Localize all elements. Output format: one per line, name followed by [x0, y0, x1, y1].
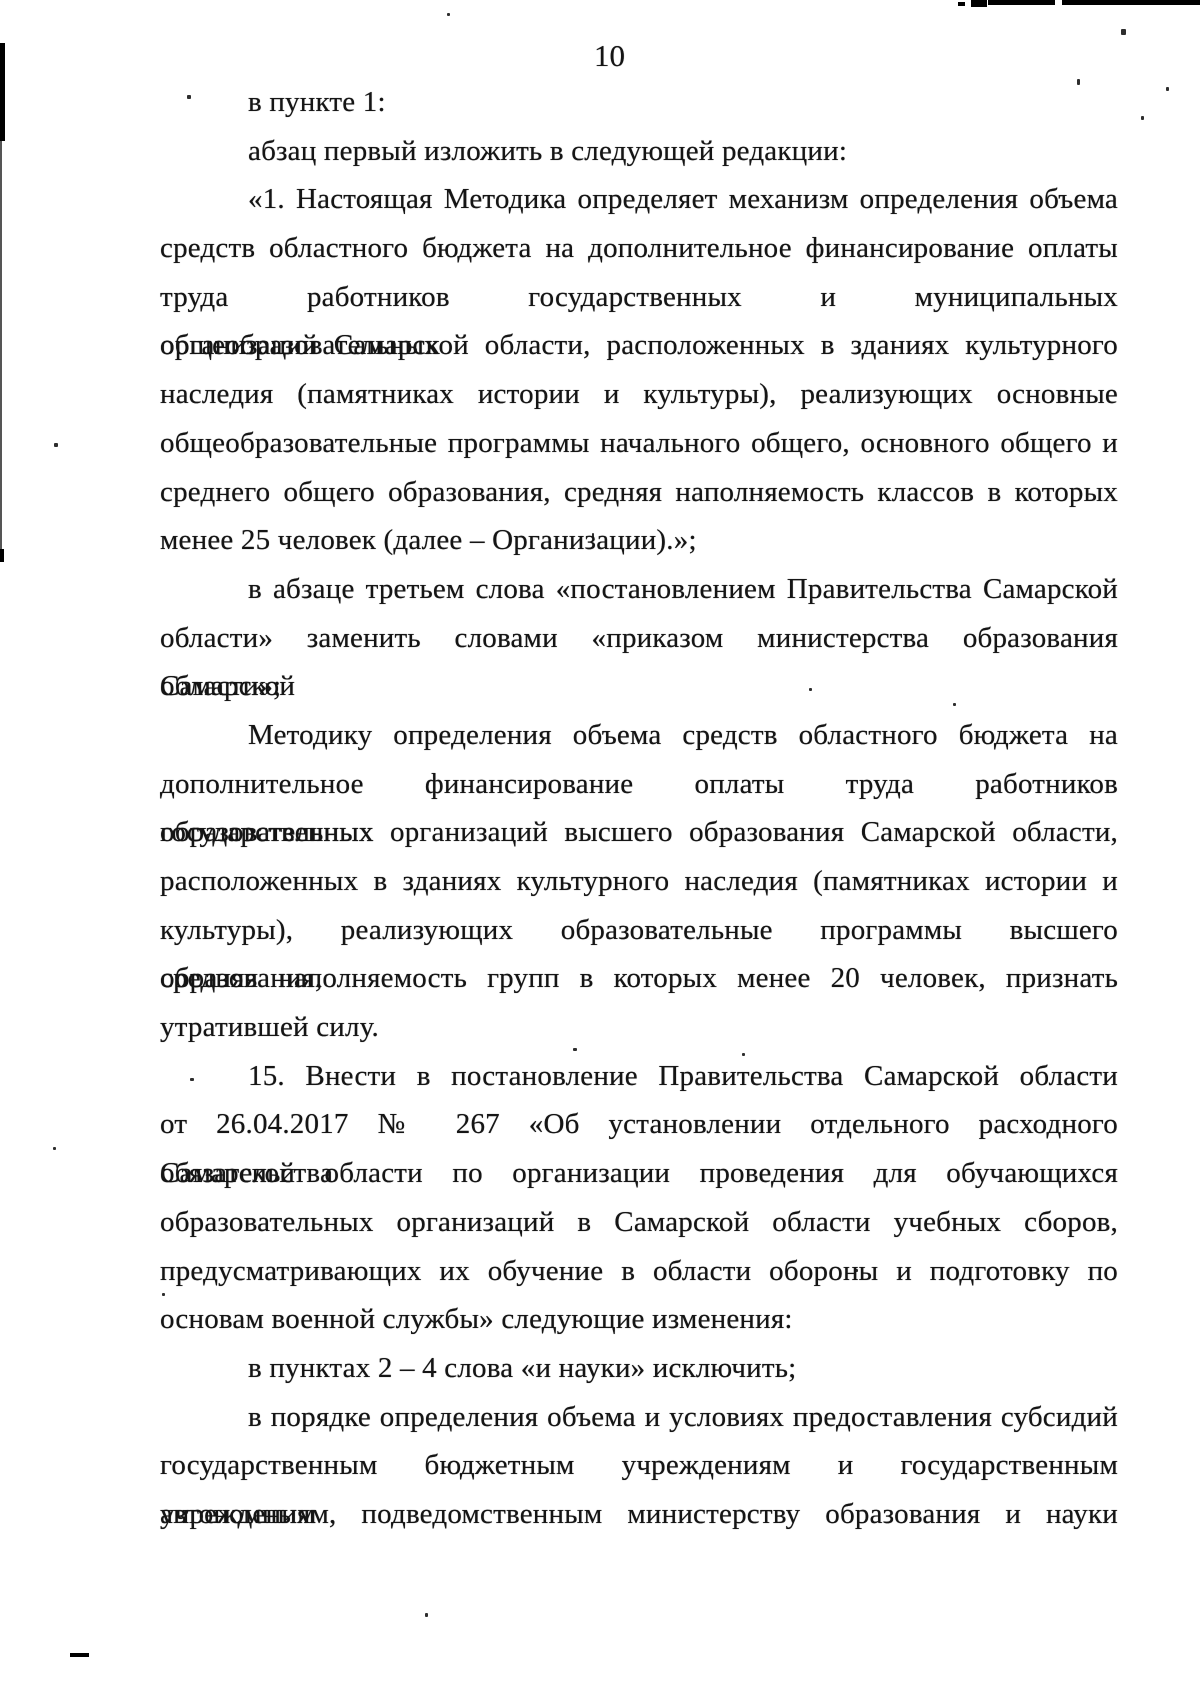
scan-speck	[54, 443, 58, 447]
text-line: государственным бюджетным учреждениям и …	[160, 1441, 1118, 1490]
scan-speck	[425, 1613, 428, 1617]
text-line: образовательных организаций высшего обра…	[160, 808, 1118, 857]
text-line: основам военной службы» следующие измене…	[160, 1295, 1118, 1344]
text-line: расположенных в зданиях культурного насл…	[160, 857, 1118, 906]
text-line: области» заменить словами «приказом мини…	[160, 614, 1118, 663]
text-line: утратившей силу.	[160, 1003, 1118, 1052]
text-line: в порядке определения объема и условиях …	[160, 1393, 1118, 1442]
scan-speck	[1141, 116, 1144, 120]
text-line: предусматривающих их обучение в области …	[160, 1247, 1118, 1296]
text-line: менее 25 человек (далее – Организации).»…	[160, 516, 1118, 565]
scan-artifact-left-line	[0, 141, 2, 557]
text-line: среднего общего образования, средняя нап…	[160, 468, 1118, 517]
text-line: в абзаце третьем слова «постановлением П…	[160, 565, 1118, 614]
text-line: средств областного бюджета на дополнител…	[160, 224, 1118, 273]
text-line: образовательных организаций в Самарской …	[160, 1198, 1118, 1247]
scan-speck	[447, 13, 450, 16]
text-line: «1. Настоящая Методика определяет механи…	[160, 175, 1118, 224]
text-line: общеобразовательные программы начального…	[160, 419, 1118, 468]
text-line: 15. Внести в постановление Правительства…	[160, 1052, 1118, 1101]
scan-speck	[1166, 87, 1169, 91]
text-line: области»;	[160, 662, 1118, 711]
scan-artifact-top-bar-left	[988, 0, 1055, 5]
document-page: 10 в пункте 1:абзац первый изложить в сл…	[0, 0, 1200, 1697]
scan-artifact-top-bar-fragment	[958, 2, 965, 6]
text-line: от 26.04.2017 № 267 «Об установлении отд…	[160, 1100, 1118, 1149]
scan-speck	[53, 1147, 56, 1150]
scan-artifact-left-bar	[0, 43, 5, 141]
text-line: наследия (памятниках истории и культуры)…	[160, 370, 1118, 419]
scan-artifact-bottom-dash	[70, 1653, 89, 1657]
document-text: в пункте 1:абзац первый изложить в следу…	[160, 78, 1118, 1539]
text-line: Самарской области по организации проведе…	[160, 1149, 1118, 1198]
text-line: дополнительное финансирование оплаты тру…	[160, 760, 1118, 809]
text-line: Методику определения объема средств обла…	[160, 711, 1118, 760]
scan-artifact-top-bar-fragment	[971, 0, 987, 7]
text-line: средняя наполняемость групп в которых ме…	[160, 954, 1118, 1003]
text-line: абзац первый изложить в следующей редакц…	[160, 127, 1118, 176]
page-number: 10	[594, 40, 625, 71]
text-line: в пункте 1:	[160, 78, 1118, 127]
text-line: учреждениям, подведомственным министерст…	[160, 1490, 1118, 1539]
scan-artifact-left-tick	[0, 549, 4, 562]
text-line: в пунктах 2 – 4 слова «и науки» исключит…	[160, 1344, 1118, 1393]
scan-speck	[1121, 29, 1126, 35]
text-line: труда работников государственных и муниц…	[160, 273, 1118, 322]
scan-artifact-top-bar-right	[1062, 0, 1200, 5]
text-line: культуры), реализующих образовательные п…	[160, 906, 1118, 955]
text-line: организаций Самарской области, расположе…	[160, 321, 1118, 370]
